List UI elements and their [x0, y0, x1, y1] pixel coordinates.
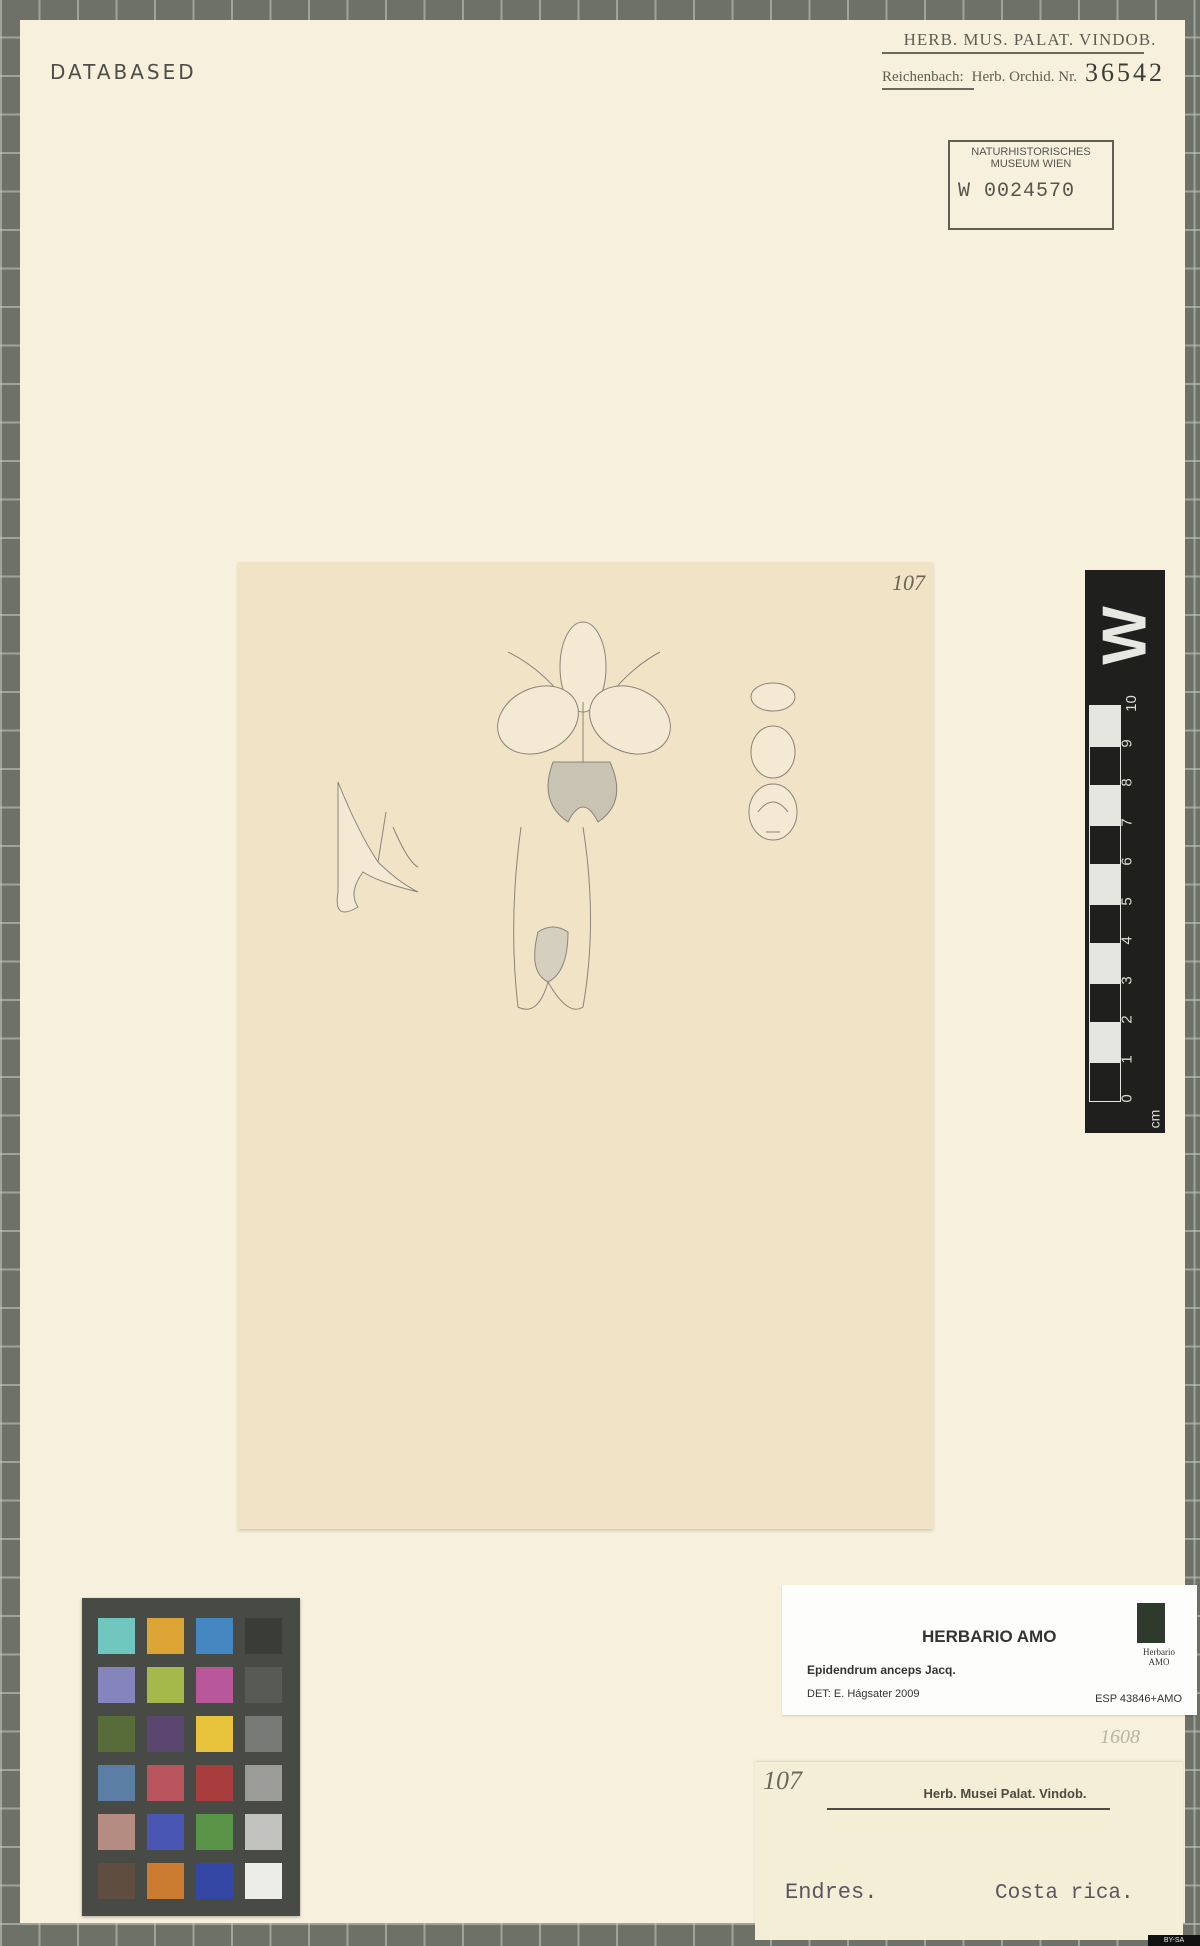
scale-tick-label: 3: [1119, 976, 1136, 984]
color-swatch: [196, 1716, 233, 1752]
specimen-id: ESP 43846+AMO: [1095, 1693, 1182, 1705]
color-swatch: [245, 1765, 282, 1801]
herbarium-stamp-prefix: Reichenbach:: [882, 69, 964, 86]
color-swatch: [196, 1765, 233, 1801]
scale-bar: W copyright reserved cm 012345678910: [1085, 570, 1165, 1133]
scale-tick-label: 1: [1119, 1055, 1136, 1063]
handwritten-number: 1608: [1100, 1726, 1140, 1749]
scale-tick-label: 6: [1119, 857, 1136, 865]
color-swatch: [245, 1863, 282, 1899]
scale-tick-label: 10: [1123, 695, 1140, 712]
scale-segment: [1089, 982, 1121, 1024]
color-swatch: [147, 1618, 184, 1654]
herbarium-stamp-title: HERB. MUS. PALAT. VINDOB.: [850, 30, 1190, 50]
amo-title: HERBARIO AMO: [922, 1627, 1056, 1647]
locality: Costa rica.: [995, 1882, 1134, 1905]
scale-tick-label: 0: [1119, 1094, 1136, 1102]
herbarium-stamp: HERB. MUS. PALAT. VINDOB. Reichenbach: H…: [850, 30, 1190, 90]
vindob-label: 107 Herb. Musei Palat. Vindob. Endres. C…: [755, 1762, 1183, 1940]
museum-stamp-line2: MUSEUM WIEN: [950, 158, 1112, 170]
herbarium-stamp-line2: Herb. Orchid. Nr.: [972, 69, 1077, 86]
vindob-handwritten-number: 107: [763, 1766, 802, 1796]
scale-segment: [1089, 745, 1121, 787]
institution-letter: W: [1090, 606, 1161, 666]
color-swatch: [98, 1765, 135, 1801]
vindob-title: Herb. Musei Palat. Vindob.: [865, 1786, 1145, 1801]
scale-tick-label: 5: [1119, 897, 1136, 905]
herbario-amo-logo-icon: [1137, 1603, 1165, 1643]
scale-segment: [1089, 824, 1121, 866]
museum-stamp: NATURHISTORISCHES MUSEUM WIEN W 0024570: [948, 140, 1114, 230]
color-swatch: [98, 1667, 135, 1703]
species-name: Epidendrum anceps Jacq.: [807, 1663, 956, 1677]
stamp-rule: [882, 52, 1144, 54]
color-swatch: [245, 1814, 282, 1850]
collector: Endres.: [785, 1880, 877, 1905]
color-swatch: [196, 1863, 233, 1899]
license-badge: BY-SA: [1148, 1935, 1200, 1946]
scale-segment: [1089, 903, 1121, 945]
scale-segment: [1089, 784, 1121, 826]
herbario-amo-label: HERBARIO AMO Epidendrum anceps Jacq. DET…: [782, 1585, 1197, 1715]
orchid-drawing-sheet: 107: [238, 562, 933, 1529]
color-swatch: [147, 1716, 184, 1752]
logo-text: Herbario AMO: [1143, 1647, 1175, 1667]
vindob-rule: [827, 1808, 1110, 1810]
color-swatch: [245, 1716, 282, 1752]
color-swatch: [147, 1863, 184, 1899]
color-swatch: [98, 1814, 135, 1850]
scale-unit: cm: [1146, 1110, 1162, 1129]
scale-tick-label: 2: [1119, 1015, 1136, 1023]
scale-tick-label: 9: [1119, 739, 1136, 747]
scale-segment: [1089, 863, 1121, 905]
color-swatch: [196, 1618, 233, 1654]
databased-stamp: DATABASED: [50, 60, 197, 84]
color-swatch: [196, 1814, 233, 1850]
scale-segment: [1089, 705, 1121, 747]
color-swatch: [98, 1863, 135, 1899]
scale-tick-label: 4: [1119, 936, 1136, 944]
color-swatch: [98, 1716, 135, 1752]
scale-segment: [1089, 1061, 1121, 1103]
herbarium-sheet: DATABASED HERB. MUS. PALAT. VINDOB. Reic…: [20, 20, 1185, 1923]
color-swatch: [147, 1667, 184, 1703]
color-swatch: [196, 1667, 233, 1703]
determination: DET: E. Hágsater 2009: [807, 1688, 920, 1700]
color-swatch: [147, 1814, 184, 1850]
color-calibration-card: [82, 1598, 300, 1916]
herbarium-number: 36542: [1085, 58, 1165, 88]
museum-stamp-line1: NATURHISTORISCHES: [950, 146, 1112, 158]
orchid-illustration: [238, 562, 933, 1529]
color-swatch: [245, 1667, 282, 1703]
scale-segment: [1089, 942, 1121, 984]
stamp-rule-short: [882, 88, 974, 90]
catalog-id: W 0024570: [950, 180, 1112, 203]
color-swatch: [98, 1618, 135, 1654]
scale-tick-label: 7: [1119, 818, 1136, 826]
color-swatch: [245, 1618, 282, 1654]
color-swatch: [147, 1765, 184, 1801]
scale-segment: [1089, 1021, 1121, 1063]
scale-tick-label: 8: [1119, 778, 1136, 786]
